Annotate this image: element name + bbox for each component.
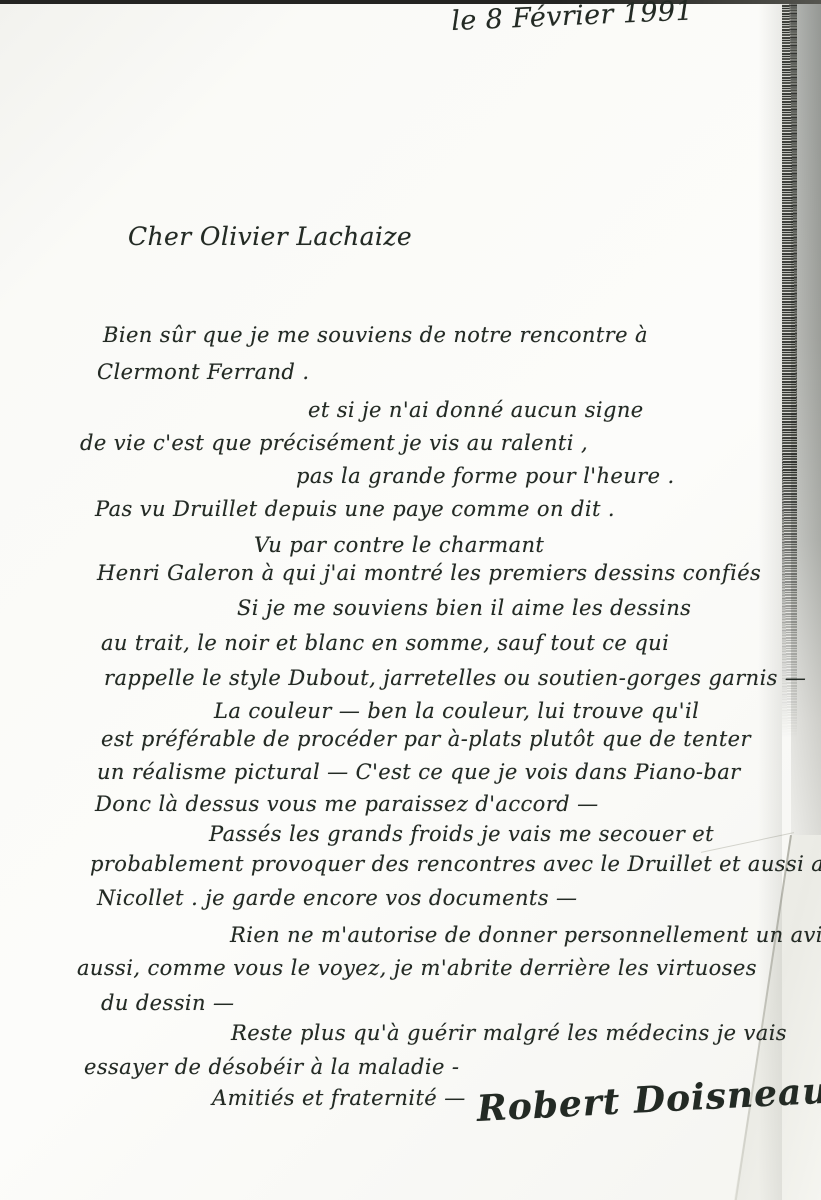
scanned-letter-page: le 8 Février 1991 Cher Olivier Lachaize … [0, 0, 821, 1200]
letter-line: Passés les grands froids je vais me seco… [209, 822, 714, 846]
letter-salutation: Cher Olivier Lachaize [128, 222, 412, 251]
letter-line: rappelle le style Dubout, jarretelles ou… [104, 666, 806, 690]
letter-date: le 8 Février 1991 [451, 0, 694, 37]
letter-line: Nicollet . je garde encore vos documents… [97, 886, 577, 910]
letter-line: de vie c'est que précisément je vis au r… [80, 431, 588, 455]
letter-line: Clermont Ferrand . [97, 360, 309, 384]
letter-line: Vu par contre le charmant [254, 533, 544, 557]
letter-line: probablement provoquer des rencontres av… [90, 852, 821, 876]
letter-line: Donc là dessus vous me paraissez d'accor… [95, 792, 598, 816]
letter-line: pas la grande forme pour l'heure . [296, 464, 675, 488]
letter-line: Bien sûr que je me souviens de notre ren… [103, 323, 648, 347]
letter-line: La couleur — ben la couleur, lui trouve … [214, 699, 699, 723]
letter-line: au trait, le noir et blanc en somme, sau… [101, 631, 669, 655]
letter-line: un réalisme pictural — C'est ce que je v… [97, 760, 741, 784]
paper-edge-speckle [782, 0, 797, 760]
letter-line: Rien ne m'autorise de donner personnelle… [230, 923, 821, 947]
letter-line: Henri Galeron à qui j'ai montré les prem… [97, 561, 761, 585]
letter-line: Pas vu Druillet depuis une paye comme on… [95, 497, 615, 521]
scan-top-strip [0, 0, 821, 4]
letter-line: et si je n'ai donné aucun signe [308, 398, 644, 422]
paper-edge-shadow [758, 0, 782, 1200]
letter-line: Amitiés et fraternité — [212, 1086, 466, 1110]
letter-line: aussi, comme vous le voyez, je m'abrite … [77, 956, 757, 980]
letter-line: est préférable de procéder par à-plats p… [101, 727, 751, 751]
letter-line: Si je me souviens bien il aime les dessi… [237, 596, 691, 620]
letter-line: essayer de désobéir à la maladie - [84, 1055, 459, 1079]
letter-line: Reste plus qu'à guérir malgré les médeci… [231, 1021, 787, 1045]
letter-line: du dessin — [101, 991, 234, 1015]
